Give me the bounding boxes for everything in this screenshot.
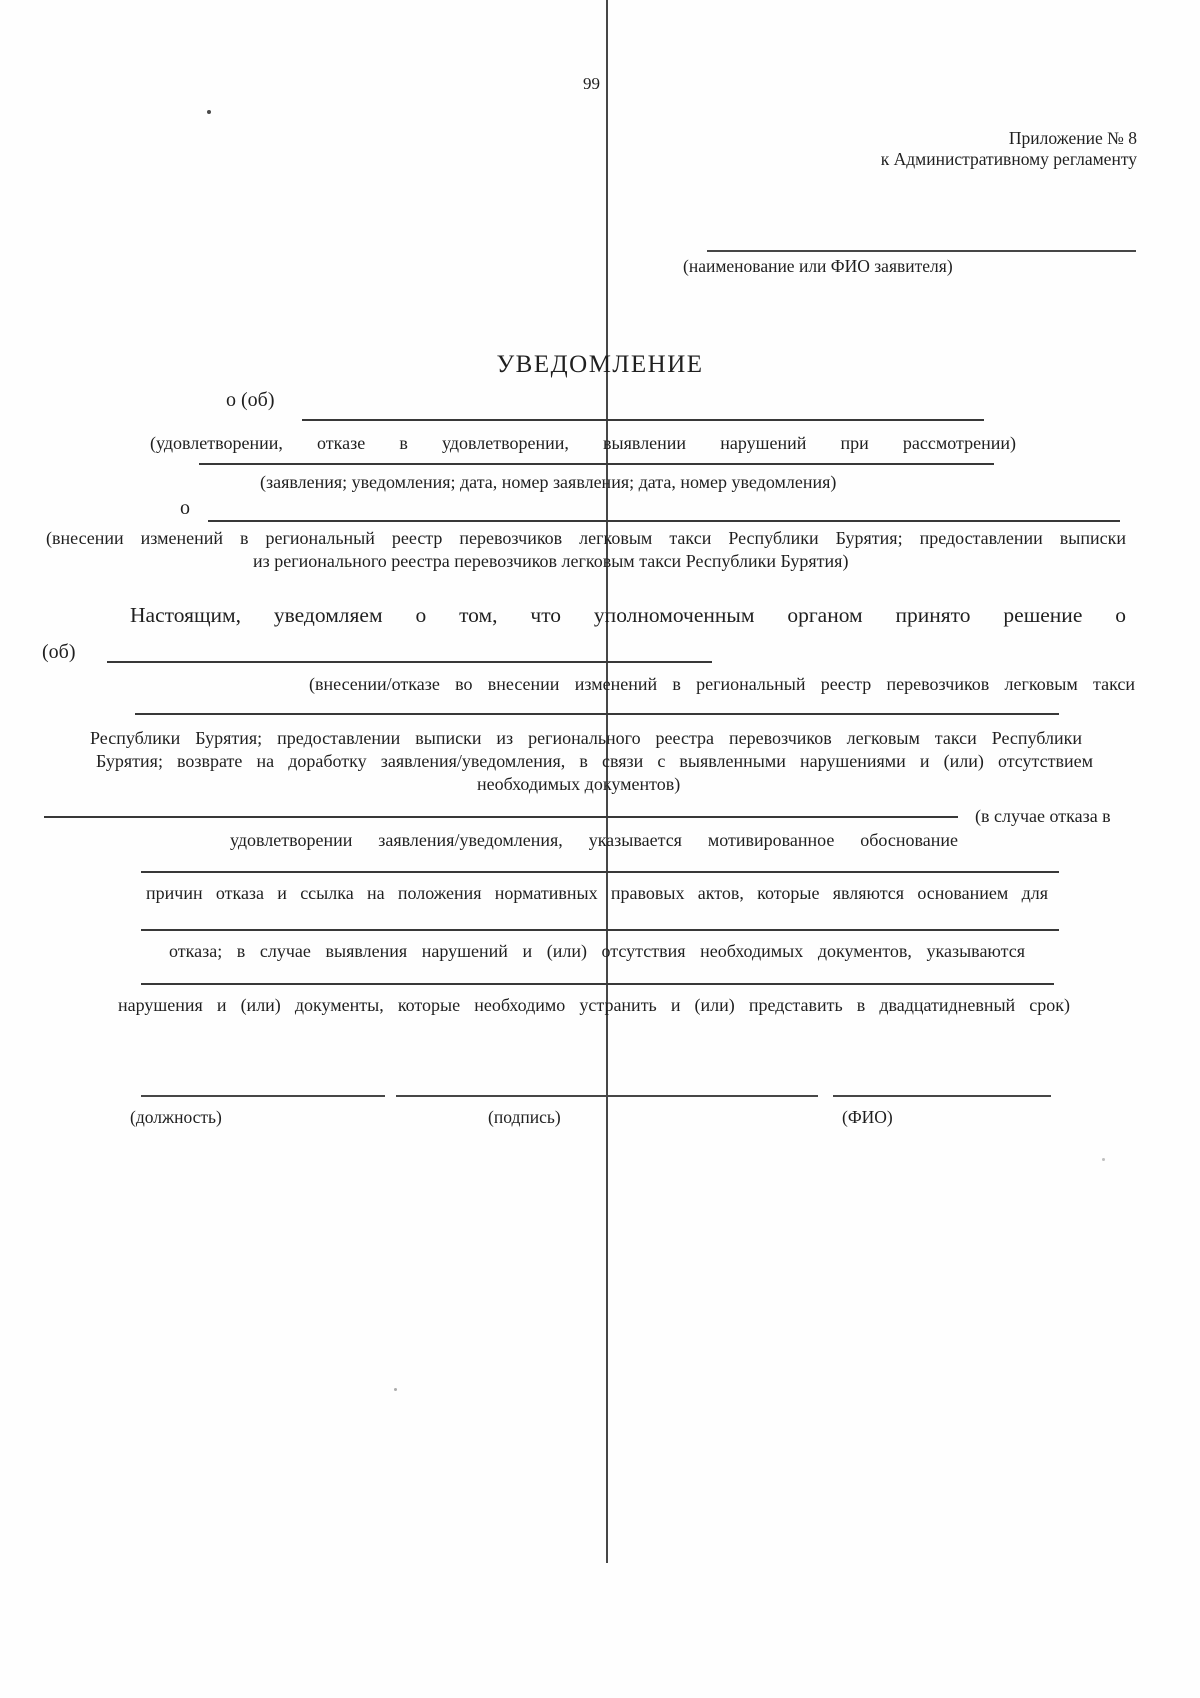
decision-fill-line — [135, 713, 1059, 715]
about-field-prefix: о — [180, 496, 190, 520]
refusal-fill-line-4 — [141, 983, 1054, 985]
position-field-line — [141, 1095, 385, 1097]
about-field-caption-line2: из регионального реестра перевозчиков ле… — [253, 550, 848, 572]
applicant-field-line — [707, 250, 1136, 252]
decision-caption-line1: (внесении/отказе во внесении изменений в… — [309, 673, 1135, 695]
scanned-document-page: 99 Приложение № 8 к Административному ре… — [0, 0, 1200, 1698]
about-field-caption-line1: (внесении изменений в региональный реест… — [46, 527, 1126, 549]
scan-speck — [207, 110, 211, 114]
refusal-note-line2: причин отказа и ссылка на положения норм… — [146, 882, 1048, 904]
refusal-note-intro: (в случае отказа в — [975, 805, 1111, 827]
request-field-line — [199, 463, 994, 465]
signature-field-line — [396, 1095, 818, 1097]
signature-field-caption: (подпись) — [488, 1107, 561, 1128]
refusal-fill-line-3 — [141, 929, 1059, 931]
page-number: 99 — [583, 74, 600, 94]
subject-field-prefix: о (об) — [226, 388, 275, 412]
refusal-note-line4: нарушения и (или) документы, которые нео… — [118, 994, 1070, 1016]
decision-caption-line2: Республики Бурятия; предоставлении выпис… — [90, 727, 1082, 749]
appendix-note-line1: Приложение № 8 — [881, 128, 1137, 149]
decision-caption-line4: необходимых документов) — [477, 773, 680, 795]
statement-text: Настоящим, уведомляем о том, что уполном… — [130, 602, 1126, 628]
name-field-line — [833, 1095, 1051, 1097]
scan-speck — [1102, 1158, 1105, 1161]
appendix-note: Приложение № 8 к Административному регла… — [881, 128, 1137, 170]
refusal-fill-line-1 — [44, 816, 958, 818]
position-field-caption: (должность) — [130, 1107, 222, 1128]
applicant-field-caption: (наименование или ФИО заявителя) — [683, 256, 953, 277]
decision-field-line — [107, 661, 712, 663]
statement-ob-prefix: (об) — [42, 640, 76, 664]
subject-field-caption: (удовлетворении, отказе в удовлетворении… — [150, 432, 1016, 454]
refusal-note-line3: отказа; в случае выявления нарушений и (… — [169, 940, 1025, 962]
name-field-caption: (ФИО) — [842, 1107, 893, 1128]
decision-caption-line3: Бурятия; возврате на доработку заявления… — [96, 750, 1093, 772]
about-field-line — [208, 520, 1120, 522]
appendix-note-line2: к Административному регламенту — [881, 149, 1137, 170]
refusal-fill-line-2 — [141, 871, 1059, 873]
scan-speck — [394, 1388, 397, 1391]
subject-field-line — [302, 419, 984, 421]
document-title: УВЕДОМЛЕНИЕ — [400, 351, 800, 379]
request-field-caption: (заявления; уведомления; дата, номер зая… — [260, 471, 836, 493]
refusal-note-line1: удовлетворении заявления/уведомления, ук… — [230, 829, 958, 851]
